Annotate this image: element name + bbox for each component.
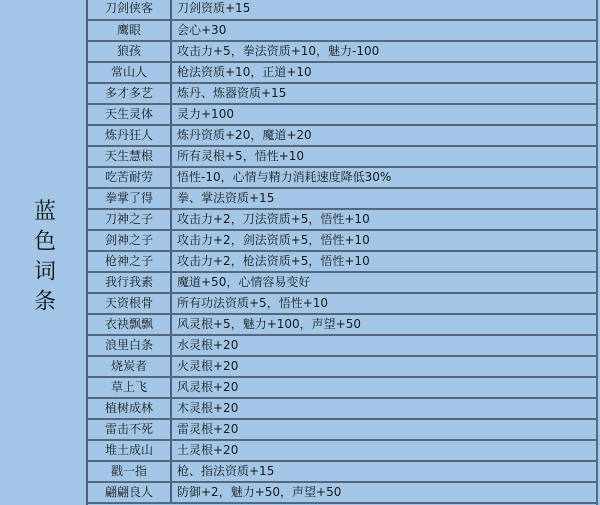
trait-name: 翩翩良人	[88, 483, 172, 502]
trait-name: 刀神之子	[88, 210, 172, 229]
table-row: 天资根骨所有功法资质+5，悟性+10	[88, 294, 596, 315]
trait-name: 堆土成山	[88, 441, 172, 460]
trait-name: 雷击不死	[88, 420, 172, 439]
trait-effect: 风灵根+20	[172, 378, 596, 397]
table-row: 拳掌了得拳、掌法资质+15	[88, 189, 596, 210]
trait-effect: 拳、掌法资质+15	[172, 189, 596, 208]
trait-name: 常山人	[88, 63, 172, 82]
table-row: 狼孩攻击力+5，拳法资质+10，魅力-100	[88, 42, 596, 63]
trait-effect: 水灵根+20	[172, 336, 596, 355]
trait-name: 吃苦耐劳	[88, 168, 172, 187]
table-body: 刀剑侠客刀剑资质+15鹰眼会心+30狼孩攻击力+5，拳法资质+10，魅力-100…	[88, 0, 596, 504]
trait-effect: 枪法资质+10，正道+10	[172, 63, 596, 82]
trait-name: 戳一指	[88, 462, 172, 481]
trait-effect: 魔道+50，心情容易变好	[172, 273, 596, 292]
trait-effect: 炼丹、炼器资质+15	[172, 84, 596, 103]
table-row: 浪里白条水灵根+20	[88, 336, 596, 357]
trait-name: 草上飞	[88, 378, 172, 397]
trait-effect: 攻击力+5，拳法资质+10，魅力-100	[172, 42, 596, 61]
trait-effect: 攻击力+2，刀法资质+5，悟性+10	[172, 210, 596, 229]
trait-name: 炼丹狂人	[88, 126, 172, 145]
traits-table: 蓝色词条 刀剑侠客刀剑资质+15鹰眼会心+30狼孩攻击力+5，拳法资质+10，魅…	[0, 0, 598, 504]
trait-effect: 土灵根+20	[172, 441, 596, 460]
trait-effect: 灵力+100	[172, 105, 596, 124]
trait-effect: 攻击力+2，枪法资质+5，悟性+10	[172, 252, 596, 271]
table-row: 枪神之子攻击力+2，枪法资质+5，悟性+10	[88, 252, 596, 273]
trait-effect: 所有灵根+5，悟性+10	[172, 147, 596, 166]
trait-name: 狼孩	[88, 42, 172, 61]
table-row: 天生慧根所有灵根+5，悟性+10	[88, 147, 596, 168]
trait-name: 天资根骨	[88, 294, 172, 313]
category-label-cell: 蓝色词条	[0, 0, 88, 504]
trait-name: 拳掌了得	[88, 189, 172, 208]
table-row: 戳一指枪、指法资质+15	[88, 462, 596, 483]
trait-name: 浪里白条	[88, 336, 172, 355]
table-row: 雷击不死雷灵根+20	[88, 420, 596, 441]
table-row: 植树成林木灵根+20	[88, 399, 596, 420]
trait-name: 植树成林	[88, 399, 172, 418]
trait-name: 我行我素	[88, 273, 172, 292]
table-row: 剑神之子攻击力+2，剑法资质+5，悟性+10	[88, 231, 596, 252]
trait-name: 鹰眼	[88, 21, 172, 40]
trait-effect: 攻击力+2，剑法资质+5，悟性+10	[172, 231, 596, 250]
trait-name: 天生灵体	[88, 105, 172, 124]
trait-name: 天生慧根	[88, 147, 172, 166]
table-row: 我行我素魔道+50，心情容易变好	[88, 273, 596, 294]
table-row: 刀剑侠客刀剑资质+15	[88, 0, 596, 21]
trait-effect: 枪、指法资质+15	[172, 462, 596, 481]
trait-name: 刀剑侠客	[88, 0, 172, 19]
trait-effect: 雷灵根+20	[172, 420, 596, 439]
trait-effect: 风灵根+5，魅力+100，声望+50	[172, 315, 596, 334]
table-row: 炼丹狂人炼丹资质+20，魔道+20	[88, 126, 596, 147]
category-label: 蓝色词条	[28, 199, 59, 319]
table-row: 多才多艺炼丹、炼器资质+15	[88, 84, 596, 105]
trait-name: 烧炭者	[88, 357, 172, 376]
table-row: 吃苦耐劳悟性-10，心情与精力消耗速度降低30%	[88, 168, 596, 189]
trait-effect: 会心+30	[172, 21, 596, 40]
trait-effect: 所有功法资质+5，悟性+10	[172, 294, 596, 313]
trait-effect: 防御+2，魅力+50，声望+50	[172, 483, 596, 502]
table-row: 草上飞风灵根+20	[88, 378, 596, 399]
trait-name: 剑神之子	[88, 231, 172, 250]
trait-effect: 木灵根+20	[172, 399, 596, 418]
table-row: 烧炭者火灵根+20	[88, 357, 596, 378]
table-row: 天生灵体灵力+100	[88, 105, 596, 126]
table-row: 堆土成山土灵根+20	[88, 441, 596, 462]
trait-effect: 火灵根+20	[172, 357, 596, 376]
trait-effect: 刀剑资质+15	[172, 0, 596, 19]
trait-name: 衣袂飘飘	[88, 315, 172, 334]
table-row: 衣袂飘飘风灵根+5，魅力+100，声望+50	[88, 315, 596, 336]
table-row: 刀神之子攻击力+2，刀法资质+5，悟性+10	[88, 210, 596, 231]
trait-name: 枪神之子	[88, 252, 172, 271]
trait-name: 多才多艺	[88, 84, 172, 103]
table-row: 鹰眼会心+30	[88, 21, 596, 42]
trait-effect: 悟性-10，心情与精力消耗速度降低30%	[172, 168, 596, 187]
trait-effect: 炼丹资质+20，魔道+20	[172, 126, 596, 145]
table-row: 常山人枪法资质+10，正道+10	[88, 63, 596, 84]
table-row: 翩翩良人防御+2，魅力+50，声望+50	[88, 483, 596, 504]
